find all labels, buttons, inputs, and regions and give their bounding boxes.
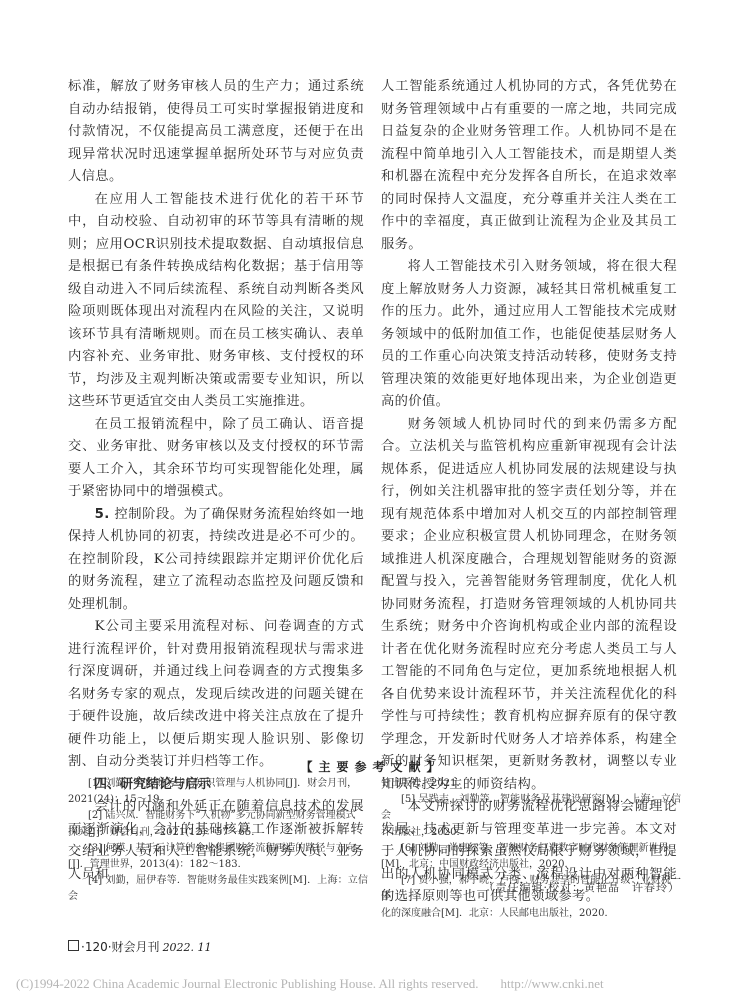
paragraph: 标准，解放了财务审核人员的生产力；通过系统自动办结报销，使得员工可实时掌握报销进… [68, 76, 364, 189]
page-number: ·120· [81, 940, 112, 954]
copyright-text: (C)1994-2022 China Academic Journal Elec… [16, 976, 479, 991]
square-icon [68, 940, 79, 951]
paragraph: 在员工报销流程中，除了员工确认、语音提交、业务审批、财务审核以及支付授权的环节需… [68, 414, 364, 504]
reference-line: [J]．管理世界，2013(4)：182～183． [68, 857, 368, 873]
reference-line: 计出版社，2020． [381, 825, 681, 841]
references-title: 【主要参考文献】 [0, 758, 745, 775]
journal-name: 财会月刊 [112, 938, 160, 955]
paragraph-text: 控制阶段。为了确保财务流程始终如一地保持人机协同的初衷，持续改进是必不可少的。在… [68, 507, 364, 612]
reference-line: 探究[J]．财会月刊，2021(12)：57～65． [68, 825, 368, 841]
paragraph: 将人工智能技术引入财务领域，将在很大程度上解放财务人力资源，减轻其日常机械重复工… [381, 256, 677, 414]
references-right: 计出版社，2021． [5] 吴践志，刘勤等．智能财务及其建设研究[M]．上海：… [381, 776, 681, 922]
reference-line: [3] 何瑛．基于云计算的企业集团财务流程再造的路径与方向 [68, 841, 368, 857]
reference-line: [M]．北京：中国财政经济出版社，2020． [381, 857, 681, 873]
step-number: 5. [95, 507, 110, 522]
cnki-link[interactable]: http://www.cnki.net [501, 976, 604, 991]
reference-line: 计出版社，2021． [381, 776, 681, 792]
editor-note: （责任编辑·校对：黄艳晶 许春玲） [450, 879, 680, 895]
reference-line: [6] 刘勤，尚惠红等．智能财务打造数字时代财务管理新世界 [381, 841, 681, 857]
reference-line: [2] 陆兴凤．智能财务下“人机物”多元协同新型财务管理模式 [68, 808, 368, 824]
copyright-notice: (C)1994-2022 China Academic Journal Elec… [16, 976, 604, 992]
page-footer: ·120· 财会月刊 2022. 11 [68, 938, 212, 955]
reference-line: 化的深度融合[M]．北京：人民邮电出版社，2020． [381, 906, 681, 922]
paragraph: 人工智能系统通过人机协同的方式，各凭优势在财务管理领域中占有重要的一席之地，共同… [381, 76, 677, 256]
reference-line: [5] 吴践志，刘勤等．智能财务及其建设研究[M]．上海：立信会 [381, 792, 681, 824]
reference-line: [1] 刘勤．智能财务中的知识管理与人机协同[J]．财会月刊， [68, 776, 368, 792]
issue-number: 2022. 11 [163, 941, 212, 954]
paragraph: 财务领域人机协同时代的到来仍需多方配合。立法机关与监管机构应重新审视现有会计法规… [381, 414, 677, 797]
reference-line: [4] 刘勤，屈伊春等．智能财务最佳实践案例[M]．上海：立信会 [68, 873, 368, 905]
paragraph: K公司主要采用流程对标、问卷调查的方式进行流程评价，针对费用报销流程现状与需求进… [68, 616, 364, 774]
reference-line: 2021(24)：15～19． [68, 792, 368, 808]
references-left: [1] 刘勤．智能财务中的知识管理与人机协同[J]．财会月刊， 2021(24)… [68, 776, 368, 906]
paragraph: 在应用人工智能技术进行优化的若干环节中，自动校验、自动初审的环节等具有清晰的规则… [68, 189, 364, 414]
paragraph-control-stage: 5. 控制阶段。为了确保财务流程始终如一地保持人机协同的初衷，持续改进是必不可少… [68, 504, 364, 617]
journal-page: 标准，解放了财务审核人员的生产力；通过系统自动办结报销，使得员工可实时掌握报销进… [0, 0, 745, 1003]
